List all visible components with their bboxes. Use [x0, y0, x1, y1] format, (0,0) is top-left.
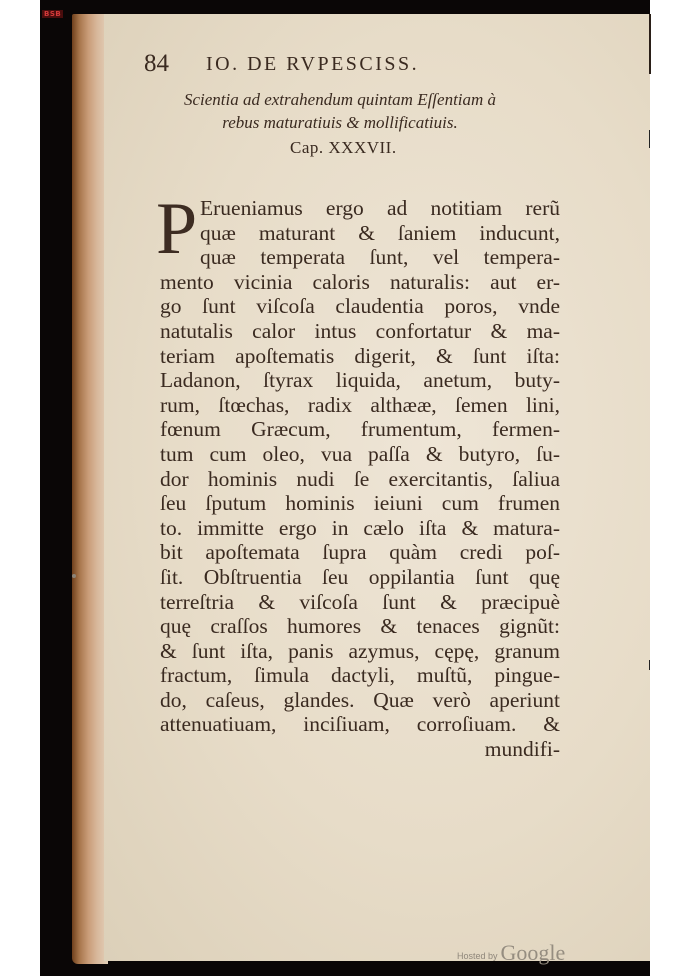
paper-speck [72, 574, 76, 578]
text-line: Ladanon, ſtyrax liquida, anetum, buty- [160, 368, 560, 393]
text-line: go ſunt viſcoſa claudentia poros, vnde [160, 294, 560, 319]
chapter-number: Cap. XXXVII. [290, 136, 397, 160]
catchword: mundifi- [160, 737, 560, 762]
scan-edge-mark [649, 660, 650, 670]
text-line: natutalis calor intus confortatur & ma- [160, 319, 560, 344]
text-line: attenuatiuam, inciſiuam, corroſiuam. & [160, 712, 560, 737]
text-line: & ſunt iſta, panis azymus, cępę, granum [160, 639, 560, 664]
running-head: 84 IO. DE RVPESCISS. [144, 48, 504, 84]
text-line: teriam apoſtematis digerit, & ſunt iſta: [160, 344, 560, 369]
library-watermark: BSB [42, 10, 63, 18]
google-logo: Google [501, 942, 566, 964]
text-line: tum cum oleo, vua paſſa & butyro, ſu- [160, 442, 560, 467]
text-line: Erueniamus ergo ad notitiam rerũ [160, 196, 560, 221]
body-text: Erueniamus ergo ad notitiam rerũ quæ mat… [160, 196, 560, 762]
page-border-line [649, 14, 651, 74]
text-line: terreſtria & viſcoſa ſunt & præcipuè [160, 590, 560, 615]
text-line: fœnum Græcum, frumentum, fermen- [160, 417, 560, 442]
document-viewer: BSB 84 IO. DE RVPESCISS. Scientia ad ext… [0, 0, 690, 976]
text-line: mento vicinia caloris naturalis: aut er- [160, 270, 560, 295]
text-line: rum, ſtœchas, radix althææ, ſemen lini, [160, 393, 560, 418]
chapter-heading-line: Scientia ad extrahendum quintam Eſſentia… [140, 88, 540, 111]
text-line: ſit. Obſtruentia ſeu oppilantia ſunt quę [160, 565, 560, 590]
chapter-heading-line: rebus maturatiuis & mollificatiuis. [140, 111, 540, 134]
page-number: 84 [144, 48, 169, 80]
hosted-by-watermark: Hosted by Google [457, 942, 565, 964]
scan-edge-mark [649, 130, 650, 148]
text-line: quæ temperata ſunt, vel tempera- [160, 245, 560, 270]
text-line: quę craſſos humores & tenaces gignũt: [160, 614, 560, 639]
page-spine-edge [72, 14, 108, 964]
text-line: ſeu ſputum hominis ieiuni cum frumen [160, 491, 560, 516]
text-line: quæ maturant & ſaniem inducunt, [160, 221, 560, 246]
text-line: to. immitte ergo in cælo iſta & matura- [160, 516, 560, 541]
hosted-by-label: Hosted by [457, 950, 498, 964]
text-line: do, caſeus, glandes. Quæ verò aperiunt [160, 688, 560, 713]
text-line: fractum, ſimula dactyli, muſtũ, pingue- [160, 663, 560, 688]
text-line: bit apoſtemata ſupra quàm credi poſ- [160, 540, 560, 565]
chapter-heading: Scientia ad extrahendum quintam Eſſentia… [140, 88, 540, 134]
running-title: IO. DE RVPESCISS. [206, 50, 419, 78]
text-line: dor hominis nudi ſe exercitantis, ſaliua [160, 467, 560, 492]
